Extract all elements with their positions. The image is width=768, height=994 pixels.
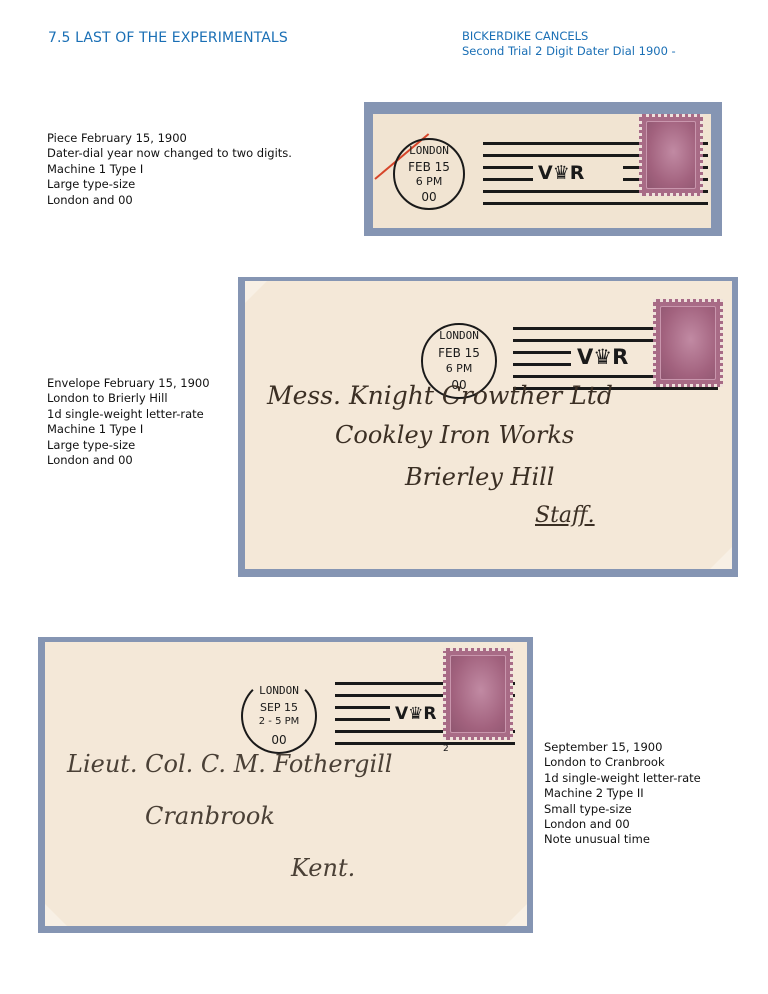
postmark-town: LONDON [423,329,495,342]
circular-datestamp: LONDON FEB 15 6 PM 00 [393,138,465,210]
caption-line: Note unusual time [544,832,701,847]
address-line: Cookley Iron Works [335,421,574,449]
address-line: Mess. Knight Crowther Ltd [267,381,613,410]
postmark-time: 6 PM [395,175,463,188]
caption-line: London and 00 [544,817,701,832]
caption-line: Machine 2 Type II [544,786,701,801]
postmark-town: LONDON [243,684,315,697]
address-line: Cranbrook [145,802,275,830]
cancel-vr-crown: V♛R [577,345,628,369]
postmark-time: 6 PM [423,362,495,375]
caption-line: September 15, 1900 [544,740,701,755]
caption-line: Machine 1 Type I [47,162,292,177]
caption-envelope-feb: Envelope February 15, 1900 London to Bri… [47,376,210,468]
caption-line: 1d single-weight letter-rate [47,407,210,422]
postmark-town: LONDON [395,144,463,157]
cover-envelope-feb-image: LONDON FEB 15 6 PM 00 V♛R Mess. Knight C… [245,281,732,569]
section-subtitle: Second Trial 2 Digit Dater Dial 1900 - [462,44,676,59]
postmark-year: 00 [395,190,463,204]
caption-line: Dater-dial year now changed to two digit… [47,146,292,161]
stamp-penny-lilac [443,648,513,740]
cover-piece-image: LONDON FEB 15 6 PM 00 V♛R [373,114,711,228]
caption-envelope-sep: September 15, 1900 London to Cranbrook 1… [544,740,701,848]
stamp-penny-lilac [639,114,703,196]
caption-line: Machine 1 Type I [47,422,210,437]
address-line: Kent. [291,854,355,882]
caption-line: London and 00 [47,453,210,468]
caption-line: London to Cranbrook [544,755,701,770]
postmark-date: SEP 15 [243,701,315,714]
address-line: Staff. [535,503,595,528]
address-line: Brierley Hill [405,463,554,491]
circular-datestamp: LONDON SEP 15 2 - 5 PM 00 [241,678,317,754]
caption-line: Piece February 15, 1900 [47,131,292,146]
stamp-penny-lilac [653,299,723,387]
caption-line: Small type-size [544,802,701,817]
address-line: Lieut. Col. C. M. Fothergill [67,750,392,778]
cancel-vr-crown: V♛R [395,704,437,724]
caption-piece: Piece February 15, 1900 Dater-dial year … [47,131,292,208]
cover-envelope-sep-image: LONDON SEP 15 2 - 5 PM 00 V♛R 2 Lieut. C… [45,642,527,926]
postmark-date: FEB 15 [395,160,463,174]
cancel-vr-crown: V♛R [538,162,584,184]
postmark-time: 2 - 5 PM [243,716,315,727]
caption-line: London and 00 [47,193,292,208]
page-header-right: BICKERDIKE CANCELS Second Trial 2 Digit … [462,29,676,59]
caption-line: Large type-size [47,177,292,192]
postmark-date: FEB 15 [423,346,495,360]
caption-line: Envelope February 15, 1900 [47,376,210,391]
page-title: 7.5 LAST OF THE EXPERIMENTALS [48,30,288,46]
caption-line: London to Brierly Hill [47,391,210,406]
machine-number: 2 [443,744,449,754]
caption-line: 1d single-weight letter-rate [544,771,701,786]
postmark-year: 00 [243,733,315,747]
caption-line: Large type-size [47,438,210,453]
section-category: BICKERDIKE CANCELS [462,29,676,44]
